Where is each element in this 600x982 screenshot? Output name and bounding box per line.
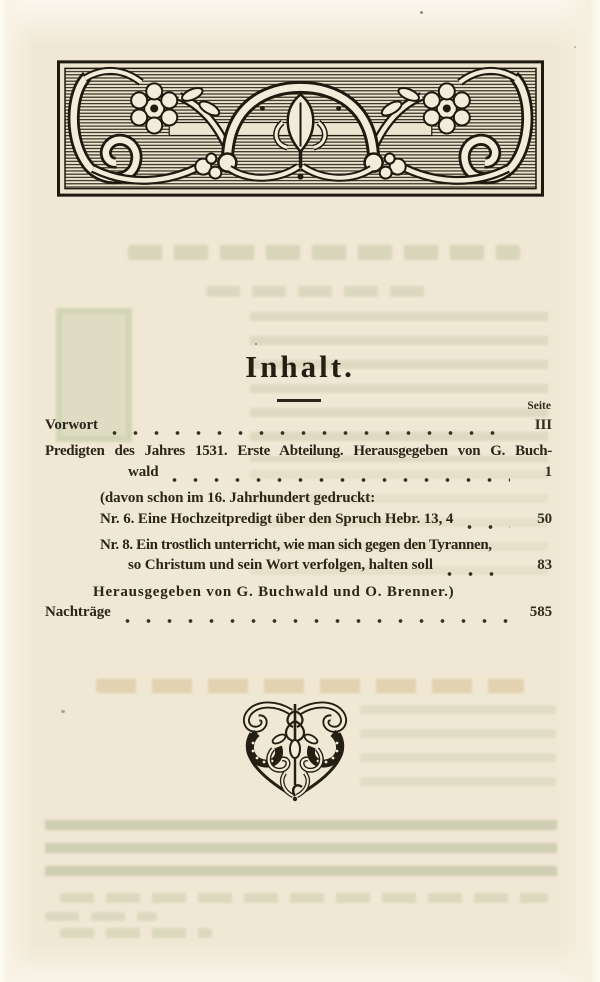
toc-row: so Christum und sein Wort verfolgen, hal… — [45, 557, 552, 580]
book-page-scan: Inhalt. Seite Vorwort III Predigten des … — [0, 0, 600, 982]
toc-entry-label: wald — [128, 464, 158, 481]
toc-entry-label: Nachträge — [45, 604, 111, 621]
toc-row: (davon schon im 16. Jahrhundert gedruckt… — [45, 487, 552, 510]
toc-entry-label: Vorwort — [45, 417, 98, 434]
dot-leader — [125, 618, 510, 624]
dust-speck — [574, 46, 576, 48]
toc-row: Predigten des Jahres 1531. Erste Abteilu… — [45, 440, 552, 463]
dust-speck — [420, 11, 423, 14]
page-title: Inhalt. — [0, 349, 600, 385]
toc-page-number: 585 — [520, 604, 552, 621]
dust-speck — [61, 710, 65, 713]
toc-row: wald 1 — [45, 464, 552, 487]
title-rule — [277, 399, 321, 402]
bleedthrough-paragraph — [360, 705, 556, 797]
bleedthrough-paragraph — [45, 820, 557, 886]
toc-row: Herausgegeben von G. Buchwald und O. Bre… — [45, 581, 552, 604]
page-column-label: Seite — [527, 400, 551, 412]
dot-leader — [467, 524, 510, 530]
toc-row: Nachträge 585 — [45, 604, 552, 627]
toc-entry-label: Nr. 6. Eine Hochzeitpredigt über den Spr… — [100, 511, 453, 528]
bleedthrough-heading — [96, 679, 524, 693]
toc-entry-label: so Christum und sein Wort verfolgen, hal… — [128, 557, 433, 574]
toc-page-number: 1 — [520, 464, 552, 481]
toc-row: Vorwort III — [45, 417, 552, 440]
bleedthrough-line — [60, 893, 548, 903]
dot-leader — [447, 571, 510, 577]
toc-page-number: III — [520, 417, 552, 434]
bleedthrough-line — [60, 928, 212, 938]
bleedthrough-subheading — [206, 286, 432, 297]
bleedthrough-heading — [128, 245, 520, 260]
woodcut-header-ornament-icon — [57, 60, 544, 197]
dust-speck — [255, 343, 257, 345]
table-of-contents: Vorwort III Predigten des Jahres 1531. E… — [45, 417, 552, 628]
dot-leader — [112, 430, 510, 436]
woodcut-tailpiece-ornament-icon — [234, 701, 356, 803]
bleedthrough-line — [45, 912, 157, 921]
toc-row: Nr. 8. Ein trostlich unterricht, wie man… — [45, 534, 552, 557]
toc-row: Nr. 6. Eine Hochzeitpredigt über den Spr… — [45, 511, 552, 534]
dot-leader — [172, 477, 510, 483]
toc-page-number: 50 — [520, 511, 552, 528]
toc-page-number: 83 — [520, 557, 552, 574]
